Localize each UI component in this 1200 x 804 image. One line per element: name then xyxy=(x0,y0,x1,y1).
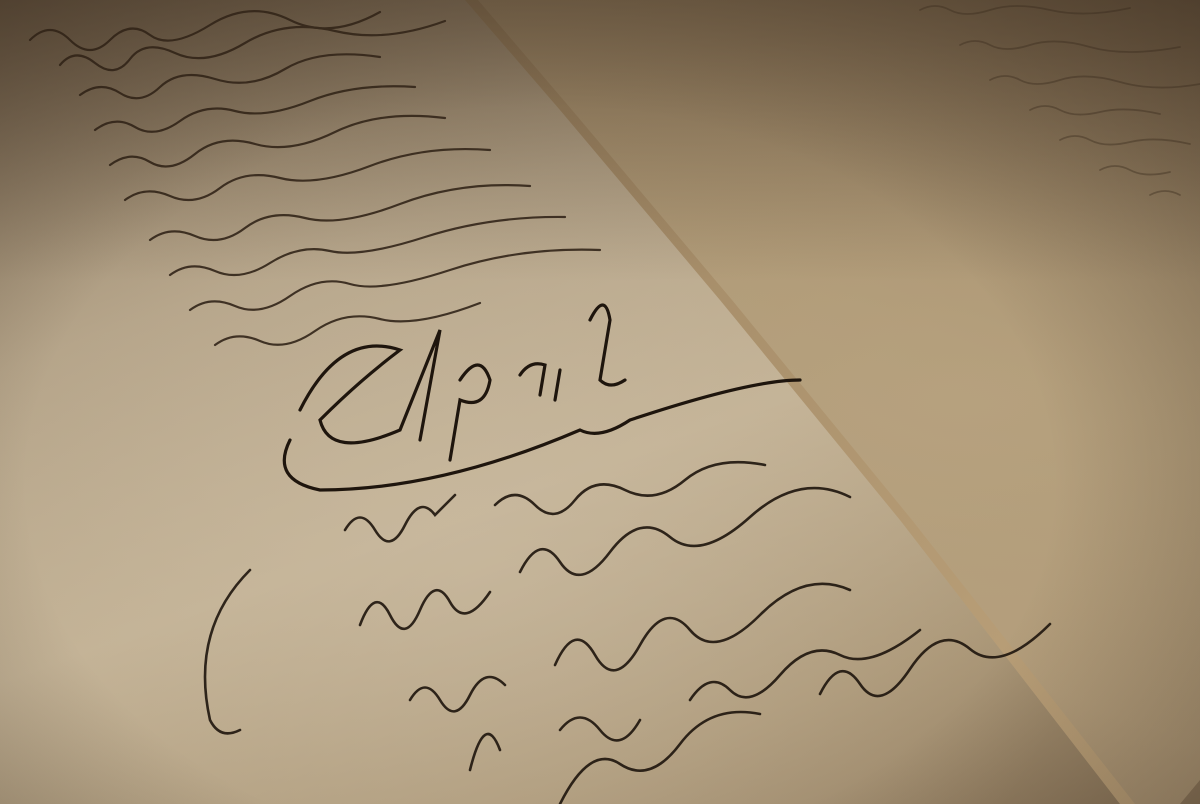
handwriting-strokes xyxy=(0,0,1200,804)
manuscript-photo: April xyxy=(0,0,1200,804)
